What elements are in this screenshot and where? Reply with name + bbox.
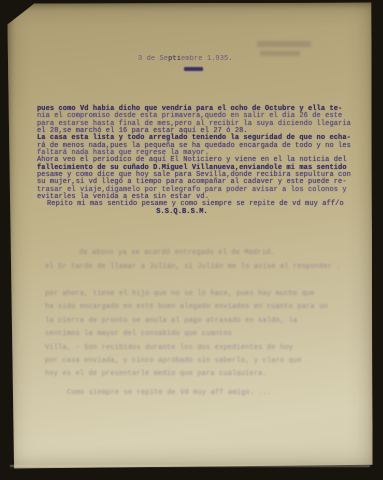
ghost-line: el Sr tarde de llamar a Julián, si Juliá… xyxy=(45,261,347,274)
scanned-letter: 3 de Septiembre 1.935. pues como Vd habi… xyxy=(0,0,383,480)
letter-body: pues como Vd habia dicho que vendria par… xyxy=(37,84,353,216)
archive-stamp-mark xyxy=(260,51,300,56)
ink-smudge xyxy=(184,67,203,71)
date-prefix: 3 de Se xyxy=(138,55,168,63)
letter-date: 3 de Septiembre 1.935. xyxy=(138,55,233,63)
ghost-text-bleedthrough: de abono ya se acordó entregado el de Ma… xyxy=(45,207,347,400)
archive-stamp-mark xyxy=(257,41,311,47)
date-suffix: embre 1.935. xyxy=(181,55,233,63)
ghost-line: por ahora, tiene el hijo que no se lo ha… xyxy=(45,288,347,301)
ghost-line: sentimos la mayor del consabido que cuan… xyxy=(45,328,347,341)
ghost-line: Villa, - Son recibidos durante los dos e… xyxy=(45,342,347,355)
ghost-line: por casa enviada, y cinco aprobado sin s… xyxy=(45,355,347,368)
ghost-line: la cierra de pronto se anula al pago atr… xyxy=(45,315,347,328)
date-emphasis: pti xyxy=(168,55,181,63)
ghost-line: de abono ya se acordó entregado el de Ma… xyxy=(45,247,347,260)
ghost-line: hoy es el de presentarle medio que para … xyxy=(45,368,347,381)
paper-bottom-edge-highlight xyxy=(10,465,370,467)
ghost-line: ha sido encargado en este buen alegado e… xyxy=(45,301,347,314)
ghost-line: Como siempre se repite de Vd muy aff ami… xyxy=(45,387,347,400)
